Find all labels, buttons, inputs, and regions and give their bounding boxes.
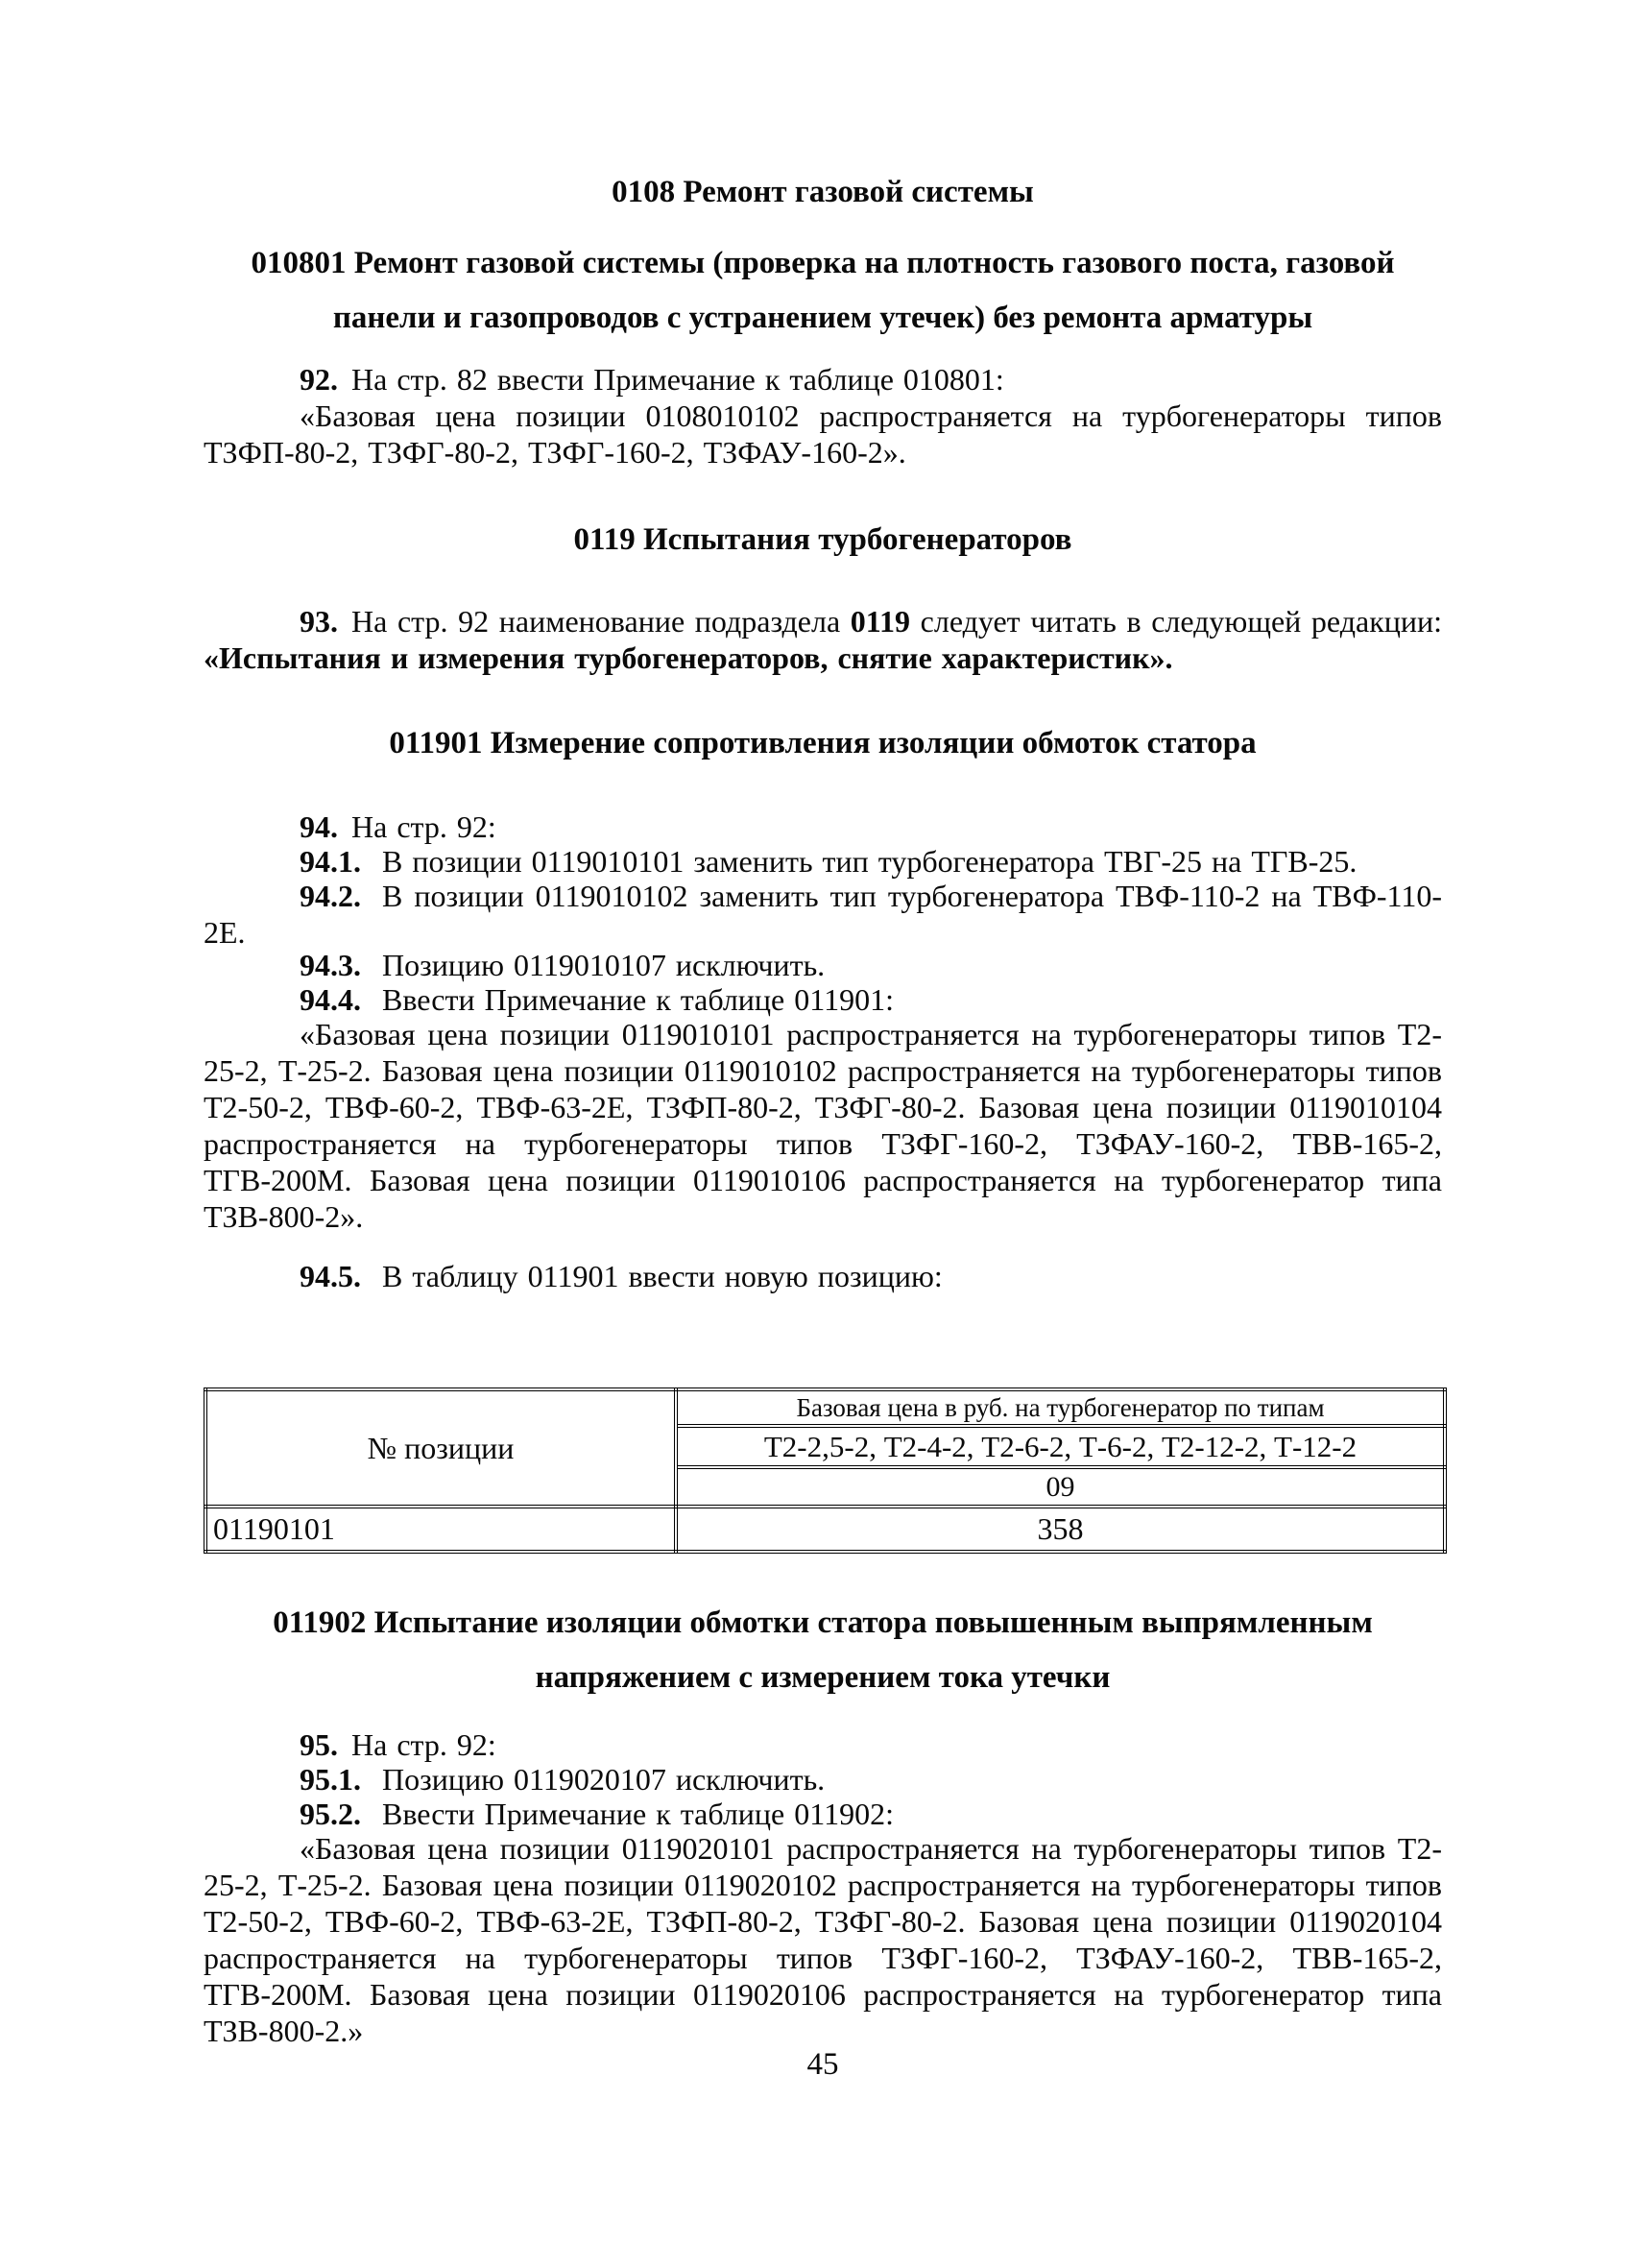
item-94-4: 94.4.Ввести Примечание к таблице 011901: — [204, 981, 1442, 1018]
item-94-1: 94.1.В позиции 0119010101 заменить тип т… — [204, 843, 1442, 880]
item-93-quoted-title: «Испытания и измерения турбогенераторов,… — [204, 640, 1173, 675]
table-header-row-1: № позиции Базовая цена в руб. на турбоге… — [205, 1389, 1445, 1426]
item-93-subsection-code: 0119 — [851, 604, 910, 639]
note-92: «Базовая цена позиции 0108010102 распрос… — [204, 398, 1442, 470]
cell-position-number: 01190101 — [205, 1507, 676, 1552]
col-header-position-number: № позиции — [205, 1389, 676, 1507]
item-92-text: На стр. 82 ввести Примечание к таблице 0… — [351, 362, 1004, 397]
item-95-text: На стр. 92: — [351, 1727, 496, 1762]
item-94: 94.На стр. 92: — [204, 808, 1442, 845]
page-number: 45 — [204, 2047, 1442, 2083]
item-93: 93.На стр. 92 наименование подраздела 01… — [204, 603, 1442, 676]
col-header-generator-types: Т2-2,5-2, Т2-4-2, Т2-6-2, Т-6-2, Т2-12-2… — [676, 1426, 1445, 1467]
item-94-1-number: 94.1. — [300, 844, 361, 879]
item-94-5: 94.5.В таблицу 011901 ввести новую позиц… — [204, 1258, 1442, 1294]
item-94-5-text: В таблицу 011901 ввести новую позицию: — [382, 1259, 943, 1293]
item-94-1-text: В позиции 0119010101 заменить тип турбог… — [382, 844, 1357, 879]
item-93-text-mid: следует читать в следующей редакции: — [910, 604, 1442, 639]
item-94-5-number: 94.5. — [300, 1259, 361, 1293]
item-95: 95.На стр. 92: — [204, 1726, 1442, 1763]
item-95-2-text: Ввести Примечание к таблице 011902: — [382, 1797, 894, 1831]
item-94-2-number: 94.2. — [300, 879, 361, 913]
item-95-number: 95. — [300, 1727, 338, 1762]
item-95-1: 95.1.Позицию 0119020107 исключить. — [204, 1761, 1442, 1798]
table-data-row: 01190101 358 — [205, 1507, 1445, 1552]
cell-price-value: 358 — [676, 1507, 1445, 1552]
item-94-4-number: 94.4. — [300, 982, 361, 1017]
subsection-heading-011901: 011901 Измерение сопротивления изоляции … — [204, 724, 1442, 762]
item-95-1-number: 95.1. — [300, 1762, 361, 1797]
item-94-2: 94.2.В позиции 0119010102 заменить тип т… — [204, 878, 1442, 951]
item-94-3: 94.3.Позицию 0119010107 исключить. — [204, 947, 1442, 983]
note-95: «Базовая цена позиции 0119020101 распрос… — [204, 1830, 1442, 2049]
section-heading-0119: 0119 Испытания турбогенераторов — [204, 520, 1442, 559]
item-92: 92.На стр. 82 ввести Примечание к таблиц… — [204, 361, 1442, 398]
document-page: 0108 Ремонт газовой системы 010801 Ремон… — [0, 0, 1634, 2268]
item-94-4-text: Ввести Примечание к таблице 011901: — [382, 982, 894, 1017]
item-94-3-text: Позицию 0119010107 исключить. — [382, 948, 825, 982]
section-heading-0108: 0108 Ремонт газовой системы — [204, 173, 1442, 211]
item-94-text: На стр. 92: — [351, 809, 496, 844]
item-94-3-number: 94.3. — [300, 948, 361, 982]
item-93-number: 93. — [300, 604, 338, 639]
note-94: «Базовая цена позиции 0119010101 распрос… — [204, 1016, 1442, 1235]
price-table: № позиции Базовая цена в руб. на турбоге… — [204, 1387, 1447, 1554]
col-header-base-price: Базовая цена в руб. на турбогенератор по… — [676, 1389, 1445, 1426]
item-95-1-text: Позицию 0119020107 исключить. — [382, 1762, 825, 1797]
col-header-column-code: 09 — [676, 1467, 1445, 1507]
subsection-heading-010801: 010801 Ремонт газовой системы (проверка … — [204, 236, 1442, 346]
item-95-2-number: 95.2. — [300, 1797, 361, 1831]
item-92-number: 92. — [300, 362, 338, 397]
item-95-2: 95.2.Ввести Примечание к таблице 011902: — [204, 1796, 1442, 1832]
subsection-heading-011902: 011902 Испытание изоляции обмотки статор… — [204, 1596, 1442, 1705]
item-94-number: 94. — [300, 809, 338, 844]
item-94-2-text: В позиции 0119010102 заменить тип турбог… — [204, 879, 1442, 950]
item-93-text-pre: На стр. 92 наименование подраздела — [351, 604, 851, 639]
